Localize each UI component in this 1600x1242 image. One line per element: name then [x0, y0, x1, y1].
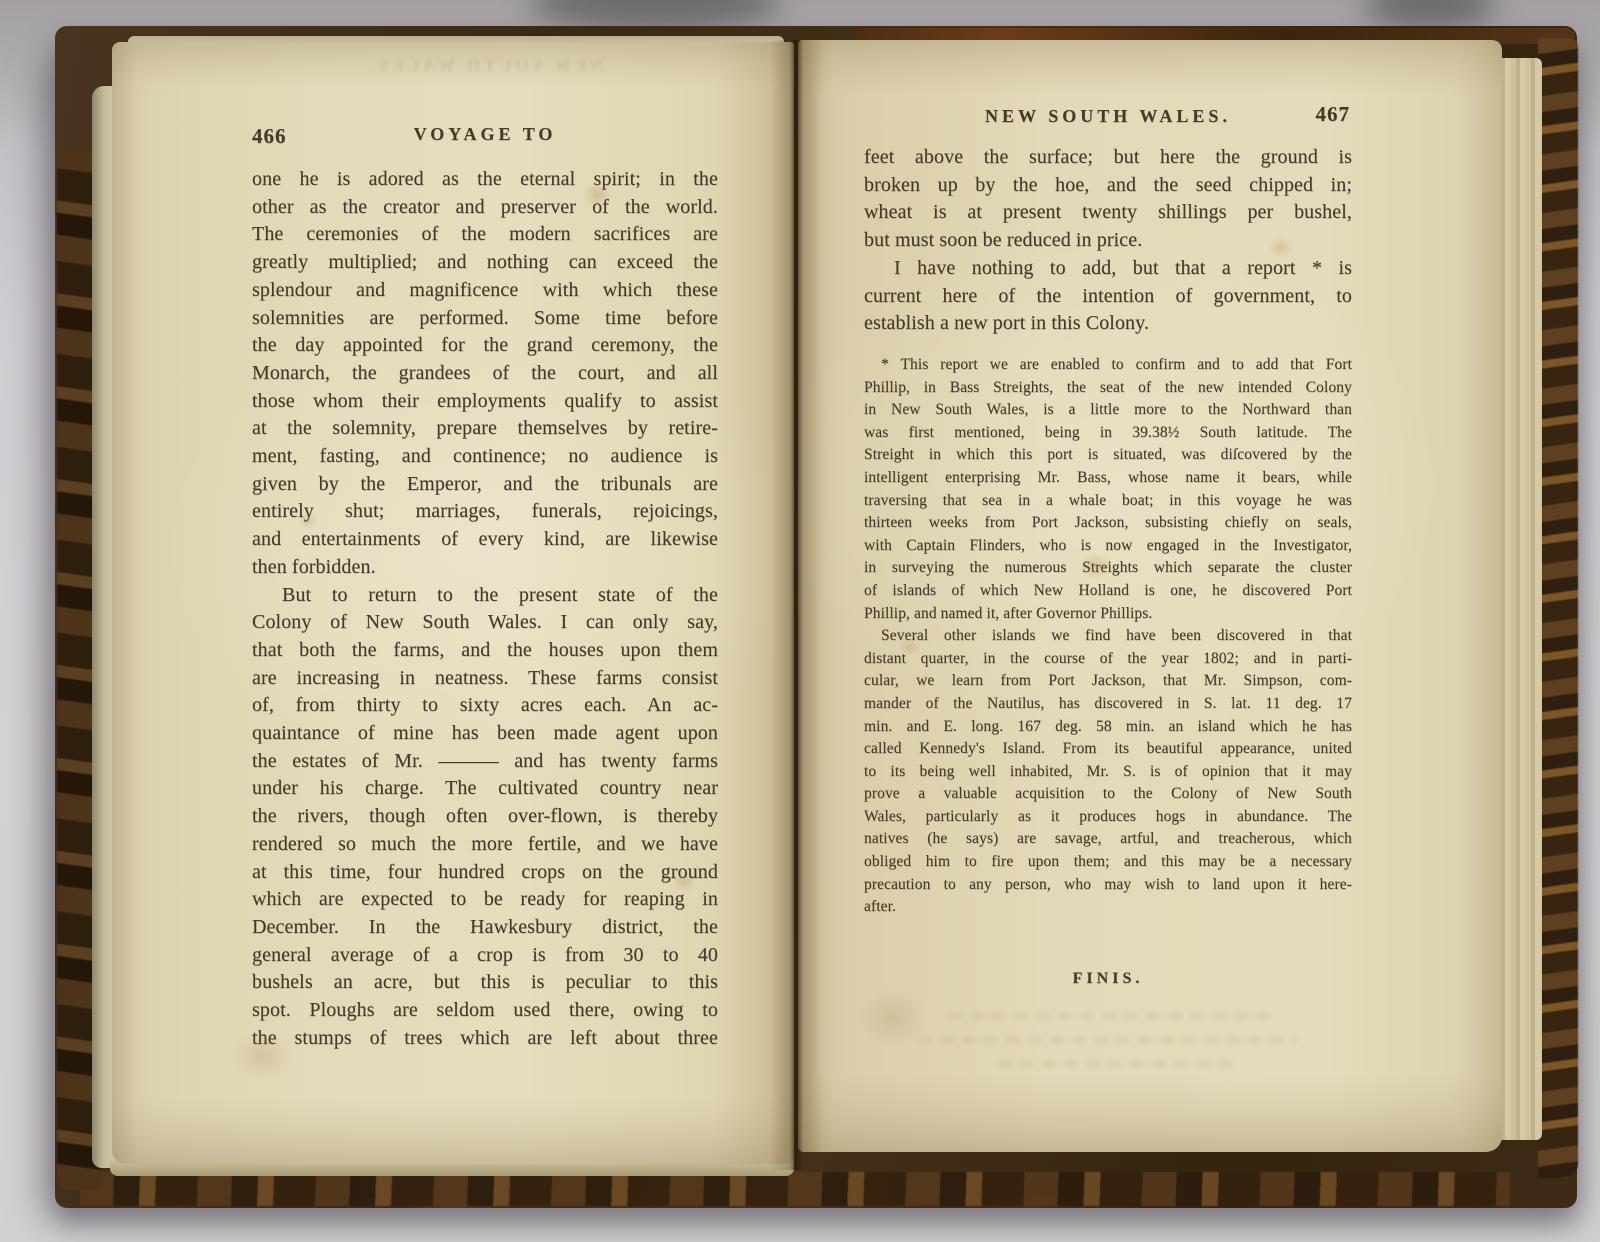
text-line: rendered so much the more fertile, and w…: [252, 831, 718, 859]
right-page-footnote: * This report we are enabled to confirm …: [864, 354, 1352, 919]
text-line: in New South Wales, is a little more to …: [864, 399, 1352, 422]
text-line: that both the farms, and the houses upon…: [252, 637, 718, 665]
text-line: Phillip, in Bass Streights, the seat of …: [864, 377, 1352, 400]
text-line: Monarch, the grandees of the court, and …: [252, 360, 718, 388]
text-line: which are expected to be ready for reapi…: [252, 886, 718, 914]
text-line: splendour and magnificence with which th…: [252, 277, 718, 305]
text-line: the day appointed for the grand ceremony…: [252, 332, 718, 360]
text-line: I have nothing to add, but that a report…: [864, 255, 1352, 283]
paragraph: * This report we are enabled to confirm …: [864, 354, 1352, 625]
left-page-header: 466 VOYAGE TO: [252, 124, 718, 150]
text-line: quaintance of mine has been made agent u…: [252, 720, 718, 748]
right-page: NEW SOUTH WALES. 467 feet above the surf…: [798, 40, 1502, 1152]
text-line: wheat is at present twenty shillings per…: [864, 199, 1352, 227]
paragraph: I have nothing to add, but that a report…: [864, 255, 1352, 338]
text-line: of islands of which New Holland is one, …: [864, 580, 1352, 603]
right-page-number: 467: [1316, 102, 1351, 127]
right-running-header: NEW SOUTH WALES.: [864, 106, 1352, 127]
text-line: distant quarter, in the course of the ye…: [864, 648, 1352, 671]
text-line: December. In the Hawkesbury district, th…: [252, 914, 718, 942]
text-line: after.: [864, 896, 1352, 919]
text-line: The ceremonies of the modern sacrifices …: [252, 221, 718, 249]
text-line: under his charge. The cultivated country…: [252, 775, 718, 803]
paragraph: feet above the surface; but here the gro…: [864, 144, 1352, 255]
text-line: mander of the Nautilus, has discovered i…: [864, 693, 1352, 716]
text-line: called Kennedy's Island. From its beauti…: [864, 738, 1352, 761]
text-line: prove a valuable acquisition to the Colo…: [864, 783, 1352, 806]
text-line: Colony of New South Wales. I can only sa…: [252, 609, 718, 637]
text-line: cular, we learn from Port Jackson, that …: [864, 670, 1352, 693]
text-line: but must soon be reduced in price.: [864, 227, 1352, 255]
show-through-text: NEW SOUTH WALES.: [252, 56, 718, 76]
photo-of-open-book: NEW SOUTH WALES. 466 VOYAGE TO one he is…: [0, 0, 1600, 1242]
text-line: current here of the intention of governm…: [864, 283, 1352, 311]
right-page-header: NEW SOUTH WALES. 467: [864, 106, 1352, 132]
foxing-stain: [858, 990, 928, 1046]
text-line: at this time, four hundred crops on the …: [252, 859, 718, 887]
text-line: natives (he says) are savage, artful, an…: [864, 828, 1352, 851]
finis-label: FINIS.: [864, 970, 1352, 988]
text-line: with Captain Flinders, who is now engage…: [864, 535, 1352, 558]
text-line: ment, fasting, and continence; no audien…: [252, 443, 718, 471]
text-line: bushels an acre, but this is peculiar to…: [252, 969, 718, 997]
text-line: * This report we are enabled to confirm …: [864, 354, 1352, 377]
text-line: spot. Ploughs are seldom used there, owi…: [252, 997, 718, 1025]
text-line: traversing that sea in a whale boat; in …: [864, 490, 1352, 513]
show-through-lines: [948, 1012, 1278, 1020]
text-line: those whom their employments qualify to …: [252, 388, 718, 416]
text-line: solemnities are performed. Some time bef…: [252, 305, 718, 333]
text-line: feet above the surface; but here the gro…: [864, 144, 1352, 172]
text-line: general average of a crop is from 30 to …: [252, 942, 718, 970]
text-line: the rivers, though often over-flown, is …: [252, 803, 718, 831]
left-page: NEW SOUTH WALES. 466 VOYAGE TO one he is…: [112, 42, 794, 1164]
text-line: the stumps of trees which are left about…: [252, 1025, 718, 1053]
text-line: intelligent enterprising Mr. Bass, whose…: [864, 467, 1352, 490]
text-line: thirteen weeks from Port Jackson, subsis…: [864, 512, 1352, 535]
text-line: greatly multiplied; and nothing can exce…: [252, 249, 718, 277]
text-line: obliged him to fire upon them; and this …: [864, 851, 1352, 874]
text-line: But to return to the present state of th…: [252, 582, 718, 610]
left-page-body: one he is adored as the eternal spirit; …: [252, 166, 718, 1053]
text-line: to its being well inhabited, Mr. S. is o…: [864, 761, 1352, 784]
text-line: at the solemnity, prepare themselves by …: [252, 415, 718, 443]
text-line: in surveying the numerous Streights whic…: [864, 557, 1352, 580]
show-through-lines: [918, 1036, 1298, 1044]
text-line: Phillip, and named it, after Governor Ph…: [864, 603, 1352, 626]
text-line: and entertainments of every kind, are li…: [252, 526, 718, 554]
paragraph: Several other islands we find have been …: [864, 625, 1352, 919]
text-line: of, from thirty to sixty acres each. An …: [252, 692, 718, 720]
text-line: was first mentioned, being in 39.38½ Sou…: [864, 422, 1352, 445]
left-running-header: VOYAGE TO: [252, 124, 718, 145]
text-line: entirely shut; marriages, funerals, rejo…: [252, 498, 718, 526]
text-line: broken up by the hoe, and the seed chipp…: [864, 172, 1352, 200]
book-cover-right-edge: [1538, 38, 1578, 1178]
text-line: establish a new port in this Colony.: [864, 310, 1352, 338]
text-line: given by the Emperor, and the tribunals …: [252, 471, 718, 499]
text-line: Streight in which this port is situated,…: [864, 444, 1352, 467]
text-line: the estates of Mr. ——— and has twenty fa…: [252, 748, 718, 776]
text-line: Wales, particularly as it produces hogs …: [864, 806, 1352, 829]
text-line: are increasing in neatness. These farms …: [252, 665, 718, 693]
text-line: then forbidden.: [252, 554, 718, 582]
show-through-lines: [998, 1060, 1238, 1068]
paragraph: one he is adored as the eternal spirit; …: [252, 166, 718, 582]
text-line: precaution to any person, who may wish t…: [864, 874, 1352, 897]
page-leaf-edges-right: [1496, 58, 1542, 1140]
text-line: min. and E. long. 167 deg. 58 min. an is…: [864, 716, 1352, 739]
text-line: other as the creator and preserver of th…: [252, 194, 718, 222]
text-line: one he is adored as the eternal spirit; …: [252, 166, 718, 194]
text-line: Several other islands we find have been …: [864, 625, 1352, 648]
book-cover-bottom-edge: [80, 1172, 1510, 1206]
right-page-body: feet above the surface; but here the gro…: [864, 144, 1352, 338]
paragraph: But to return to the present state of th…: [252, 582, 718, 1053]
